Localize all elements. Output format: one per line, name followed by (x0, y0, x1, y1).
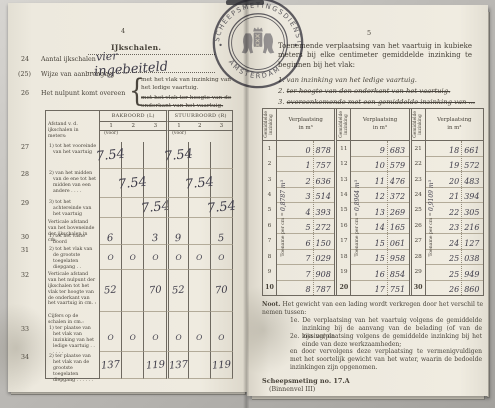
verplaatsing-decimals: 751 (387, 286, 405, 294)
left-table-cell (122, 312, 144, 324)
left-table-cell (166, 198, 188, 218)
handwritten-entry: 7.54 (206, 199, 236, 217)
left-table-subcol: 3 (144, 122, 166, 131)
handwritten-entry: O (196, 253, 202, 262)
left-table-row-label: 2) tot het vlak van de grootste toegelat… (45, 245, 100, 270)
toename-per-cm-text: Toename per cm = 0,9109 m³ (422, 180, 441, 256)
left-table-cell (122, 142, 144, 169)
item26-option-2-struck: met het vlak ter hoogte van de onderkant… (141, 95, 241, 110)
left-table-row-number: 30 (21, 232, 45, 245)
item24-number: 24 (21, 56, 29, 63)
left-table-cell: 7.54 (211, 198, 233, 218)
left-table-section-label: Verticale afstand van het boveneinde der… (45, 218, 100, 232)
list-item-3-text-struck: overeenkomende met een gemiddelde inzink… (287, 98, 475, 106)
toename-per-cm-text: Toename per cm = 0,8787 m³ (274, 180, 293, 256)
displacement-table-group: Gemiddelde inzinking12345678910Verplaats… (263, 109, 337, 295)
inzinking-cm-value: 2 (263, 156, 276, 171)
left-table-cell (189, 142, 211, 169)
toename-per-cm-strip: Toename per cm = 0,8787 m³ (277, 143, 289, 293)
left-table-cell: 3 (144, 232, 166, 245)
handwritten-entry: 137 (101, 359, 121, 371)
inzinking-cm-value: 30 (412, 280, 425, 295)
form-footer-line1: Scheepsmeting no. 17.A (262, 377, 350, 385)
left-table-cell: 137 (100, 352, 122, 379)
left-table-cell: 70 (211, 270, 233, 312)
left-table-cell: O (122, 245, 144, 270)
note-item-2: 2e. zijn verplaatsing volgens de gemidde… (290, 333, 482, 349)
verplaatsing-header: Verplaatsing in m³ (277, 109, 334, 141)
verplaatsing-decimals: 061 (387, 240, 405, 248)
verplaatsing-decimals: 269 (387, 209, 405, 217)
left-table-cell: O (144, 245, 166, 270)
right-intro-paragraph: Toenemende verplaatsing van het vaartuig… (278, 42, 472, 70)
verplaatsing-decimals: 757 (313, 162, 331, 170)
handwritten-entry: O (218, 333, 224, 342)
left-table-voor-note: (voor) (166, 131, 188, 142)
item24-label: Aantal ijkschalen (41, 56, 96, 63)
verplaatsing-header: Verplaatsing in m³ (426, 109, 483, 141)
handwritten-entry: 5 (218, 232, 225, 243)
toename-print-label: Toename per cm = (429, 211, 434, 256)
handwritten-entry: O (130, 333, 136, 342)
displacement-table-group: Gemiddelde inzinking21222324252627282930… (412, 109, 483, 295)
toename-per-cm-strip: Toename per cm = 0,9109 m³ (426, 143, 438, 293)
left-table-subcol: 2 (122, 122, 144, 131)
left-table-cell (122, 232, 144, 245)
left-table-cell: 137 (166, 352, 188, 379)
handwritten-entry: 70 (149, 285, 162, 297)
left-table-cell (189, 218, 211, 232)
handwritten-entry: 119 (211, 359, 231, 371)
list-item-3: 3. overeenkomende met een gemiddelde inz… (278, 98, 475, 106)
toename-handwritten-value: 0,8787 m³ (280, 180, 287, 211)
list-item-1-text: van inzinking van het ledige vaartuig. (287, 76, 417, 84)
left-table-cell (211, 218, 233, 232)
inzinking-cm-value: 1 (263, 141, 276, 156)
gemiddelde-inzinking-header-text: Gemiddelde inzinking (264, 111, 274, 138)
handwritten-entry: 52 (172, 285, 185, 297)
left-table-cell (100, 198, 122, 218)
left-table-row-label: 2) van het midden van de ene tot het mid… (45, 169, 100, 198)
verplaatsing-decimals: 165 (387, 224, 405, 232)
handwritten-entry: 70 (215, 285, 228, 297)
handwritten-entry: O (175, 333, 181, 342)
item26-number: 26 (21, 90, 29, 97)
note-item-2-text: zijn verplaatsing volgens de gemiddelde … (302, 333, 482, 348)
left-table-cell: 52 (166, 270, 188, 312)
left-table-cell (166, 218, 188, 232)
decimal-divider-line (387, 141, 388, 295)
inzinking-cm-value: 22 (412, 156, 425, 171)
left-table-cell (211, 142, 233, 169)
verplaatsing-decimals: 949 (461, 271, 479, 279)
verplaatsing-body: Toename per cm = 0,9109 m³18661195722048… (426, 141, 483, 295)
inzinking-cm-value: 29 (412, 264, 425, 279)
verplaatsing-decimals: 661 (461, 147, 479, 155)
paper-stain (247, 285, 302, 375)
verplaatsing-decimals: 860 (461, 286, 479, 294)
toename-handwritten-value: 0,8964 m³ (354, 180, 361, 211)
form-footer-line2: (Binnenvel III) (269, 386, 315, 393)
left-table-cell: 9 (166, 232, 188, 245)
left-table-cell: 70 (144, 270, 166, 312)
verplaatsing-decimals: 787 (313, 286, 331, 294)
verplaatsing-decimals: 038 (461, 255, 479, 263)
left-table-cell (144, 218, 166, 232)
handwritten-entry: O (108, 333, 114, 342)
inzinking-cm-value: 9 (263, 264, 276, 279)
list-item-2-text-struck: ter hoogte van den onderkant van het vaa… (287, 87, 451, 95)
book-spine-shadow (243, 0, 249, 408)
handwritten-entry: O (108, 253, 114, 262)
displacement-table-group: Gemiddelde inzinking11121314151617181920… (337, 109, 411, 295)
left-table-cell: O (189, 324, 211, 352)
left-table-cell: O (166, 324, 188, 352)
verplaatsing-header: Verplaatsing in m³ (351, 109, 408, 141)
handwritten-entry: O (152, 253, 158, 262)
handwritten-entry: 3 (152, 232, 159, 243)
verplaatsing-decimals: 572 (461, 162, 479, 170)
verplaatsing-decimals: 305 (461, 209, 479, 217)
verplaatsing-decimals: 683 (387, 147, 405, 155)
item24-handwritten-value: vier (96, 49, 118, 63)
toename-handwritten-value: 0,9109 m³ (428, 180, 435, 211)
gemiddelde-inzinking-header-text: Gemiddelde inzinking (339, 111, 349, 138)
left-table-cell (189, 312, 211, 324)
inzinking-cm-value: 21 (412, 141, 425, 156)
left-table-row-number: 31 (21, 245, 45, 270)
inzinking-cm-value: 20 (337, 280, 350, 295)
left-table-cell (189, 270, 211, 312)
decimal-divider-line (313, 141, 314, 295)
verplaatsing-column: Verplaatsing in m³Toename per cm = 0,910… (426, 109, 483, 295)
left-table-cell: 52 (100, 270, 122, 312)
left-page-number: 4 (121, 27, 125, 35)
left-table-row-number: 28 (21, 169, 45, 198)
left-page-heading: IJkschalen. (111, 43, 161, 52)
gemiddelde-inzinking-header-text: Gemiddelde inzinking (413, 111, 423, 138)
toename-print-label: Toename per cm = (281, 211, 286, 256)
left-table-cell: O (122, 324, 144, 352)
left-table-cell (166, 312, 188, 324)
left-table-cell: 7.54 (100, 142, 122, 169)
verplaatsing-decimals: 394 (461, 193, 479, 201)
displacement-table: Gemiddelde inzinking12345678910Verplaats… (262, 108, 484, 296)
verplaatsing-column: Verplaatsing in m³Toename per cm = 0,896… (351, 109, 408, 295)
verplaatsing-decimals: 878 (313, 147, 331, 155)
left-table-cell (122, 218, 144, 232)
left-table-cell: O (189, 245, 211, 270)
left-table-subcol: 1 (166, 122, 188, 131)
left-table-group-stuurboord: STUURBOORD (R) (166, 110, 232, 122)
left-table-subcol: 3 (211, 122, 233, 131)
left-table-cell: 6 (100, 232, 122, 245)
handwritten-entry: 137 (169, 359, 189, 371)
item25-number: (25) (18, 71, 31, 78)
verplaatsing-column: Verplaatsing in m³Toename per cm = 0,878… (277, 109, 334, 295)
handwritten-entry: 52 (104, 285, 117, 297)
round-ink-stamp: SCHEEPSMETINGSDIENST AMSTERDAM (210, 0, 306, 91)
verplaatsing-decimals: 483 (461, 178, 479, 186)
verplaatsing-decimals: 579 (387, 162, 405, 170)
toename-print-label: Toename per cm = (355, 211, 360, 256)
left-table-group-bakboord: BAKBOORD (L) (100, 110, 166, 122)
verplaatsing-decimals: 514 (313, 193, 331, 201)
verplaatsing-body: Toename per cm = 0,8787 m³08781757263635… (277, 141, 334, 295)
paper-stain (0, 303, 55, 393)
right-page-number: 5 (367, 29, 371, 37)
verplaatsing-decimals: 636 (313, 178, 331, 186)
left-table-cell (189, 352, 211, 379)
left-table-cell (211, 169, 233, 198)
left-table-cell: 7.54 (122, 169, 144, 198)
handwritten-entry: 9 (175, 232, 182, 243)
left-table-cell (211, 312, 233, 324)
left-table-cell (100, 218, 122, 232)
note-outro: en door vervolgens deze verplaatsing te … (290, 348, 482, 371)
toename-per-cm-text: Toename per cm = 0,8964 m³ (348, 180, 367, 256)
left-table-row-label: 3) tot het achtereinde van het vaartuig (45, 198, 100, 218)
left-table-cell (189, 232, 211, 245)
left-table-cell: O (211, 245, 233, 270)
left-table-cell: O (100, 324, 122, 352)
left-table-cell: 119 (144, 352, 166, 379)
left-table-voor-note: (voor) (100, 131, 122, 142)
left-table-label-header: Afstand v. d. ijkschalen in meters: (45, 110, 100, 142)
left-table-cell: 7.54 (189, 169, 211, 198)
left-table-cell: 7.54 (166, 142, 188, 169)
verplaatsing-decimals: 908 (313, 271, 331, 279)
verplaatsing-decimals: 127 (461, 240, 479, 248)
decimal-divider-line (461, 141, 462, 295)
left-table-subcol: 1 (100, 122, 122, 131)
left-table-row-number: 27 (21, 142, 45, 169)
verplaatsing-decimals: 958 (387, 255, 405, 263)
left-table-cell (122, 270, 144, 312)
left-table-cell: O (144, 324, 166, 352)
left-table-row-number (21, 218, 45, 232)
left-table-cell (144, 169, 166, 198)
verplaatsing-decimals: 216 (461, 224, 479, 232)
left-table-cell: 119 (211, 352, 233, 379)
page-stack-edge-bottom-right (252, 396, 485, 400)
inzinking-cm-value: 11 (337, 141, 350, 156)
gemiddelde-inzinking-header: Gemiddelde inzinking (337, 109, 350, 141)
list-item-3-num: 3. (278, 98, 285, 106)
left-table-cell (122, 352, 144, 379)
gemiddelde-inzinking-header: Gemiddelde inzinking (263, 109, 276, 141)
handwritten-entry: 6 (107, 232, 114, 243)
left-table-cell: 5 (211, 232, 233, 245)
verplaatsing-decimals: 393 (313, 209, 331, 217)
handwritten-entry: O (175, 253, 181, 262)
gemiddelde-inzinking-header: Gemiddelde inzinking (412, 109, 425, 141)
verplaatsing-decimals: 854 (387, 271, 405, 279)
left-table-cell: O (100, 245, 122, 270)
handwritten-entry: 119 (145, 359, 165, 371)
scanned-book-spread: 4 IJkschalen. 24 Aantal ijkschalen vier … (0, 0, 495, 408)
left-table-cell: O (166, 245, 188, 270)
left-table-row-number: 29 (21, 198, 45, 218)
left-table-cell: 7.54 (144, 198, 166, 218)
verplaatsing-decimals: 372 (387, 193, 405, 201)
handwritten-entry: O (152, 333, 158, 342)
left-table-cell (100, 312, 122, 324)
toename-per-cm-strip: Toename per cm = 0,8964 m³ (351, 143, 363, 293)
verplaatsing-decimals: 272 (313, 224, 331, 232)
left-table-subcol: 2 (189, 122, 211, 131)
inzinking-cm-value: 19 (337, 264, 350, 279)
inzinking-cm-value: 12 (337, 156, 350, 171)
left-table-cell: O (211, 324, 233, 352)
left-table-row-label: 1) tot het vaste boord (45, 232, 100, 245)
verplaatsing-decimals: 476 (387, 178, 405, 186)
verplaatsing-decimals: 150 (313, 240, 331, 248)
verplaatsing-decimals: 029 (313, 255, 331, 263)
handwritten-entry: O (196, 333, 202, 342)
verplaatsing-body: Toename per cm = 0,8964 m³96831057911476… (351, 141, 408, 295)
left-table-row-label: 1) tot het vooreinde van het vaartuig (45, 142, 100, 169)
handwritten-entry: O (130, 253, 136, 262)
left-table-cell (144, 312, 166, 324)
item26-label: Het nulpunt komt overeen (41, 90, 125, 97)
handwritten-entry: O (218, 253, 224, 262)
